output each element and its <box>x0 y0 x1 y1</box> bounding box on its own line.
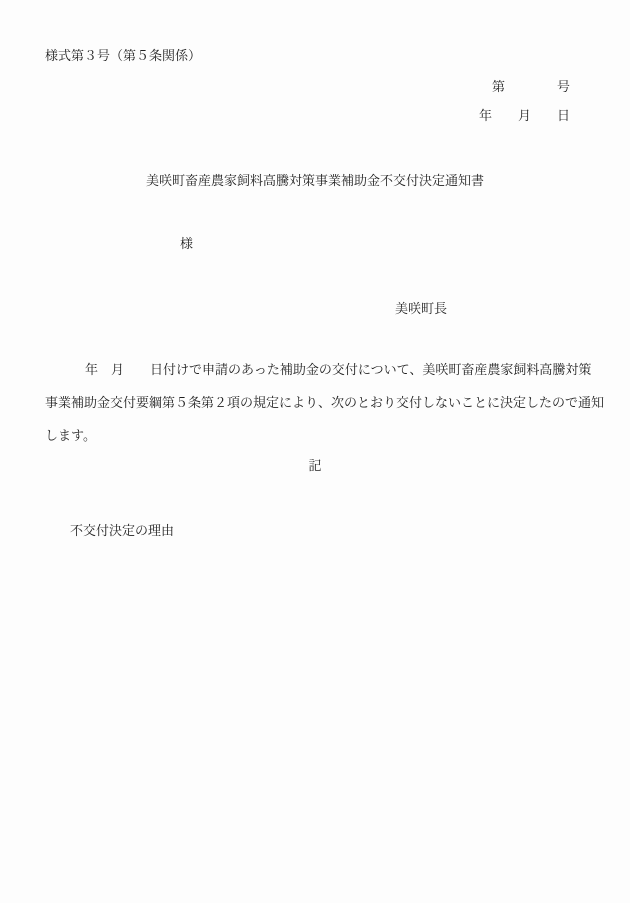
body-line: します。 <box>45 420 585 453</box>
date-line: 年 月 日 <box>45 107 585 127</box>
body-paragraph: 年 月 日付けで申請のあった補助金の交付について、美咲町畜産農家飼料高騰対策 事… <box>45 354 585 453</box>
record-marker: 記 <box>45 457 585 477</box>
body-line: 事業補助金交付要綱第５条第２項の規定により、次のとおり交付しないことに決定したの… <box>45 387 585 420</box>
addressee-line: 様 <box>45 235 585 255</box>
body-line: 年 月 日付けで申請のあった補助金の交付について、美咲町畜産農家飼料高騰対策 <box>45 354 585 387</box>
document-number-line: 第 号 <box>45 78 585 98</box>
reason-heading: 不交付決定の理由 <box>45 522 585 542</box>
document-title: 美咲町畜産農家飼料高騰対策事業補助金不交付決定通知書 <box>45 172 585 192</box>
sender-line: 美咲町長 <box>45 300 585 320</box>
document-page: 様式第３号（第５条関係） 第 号 年 月 日 美咲町畜産農家飼料高騰対策事業補助… <box>0 0 630 903</box>
form-number-label: 様式第３号（第５条関係） <box>45 47 585 67</box>
